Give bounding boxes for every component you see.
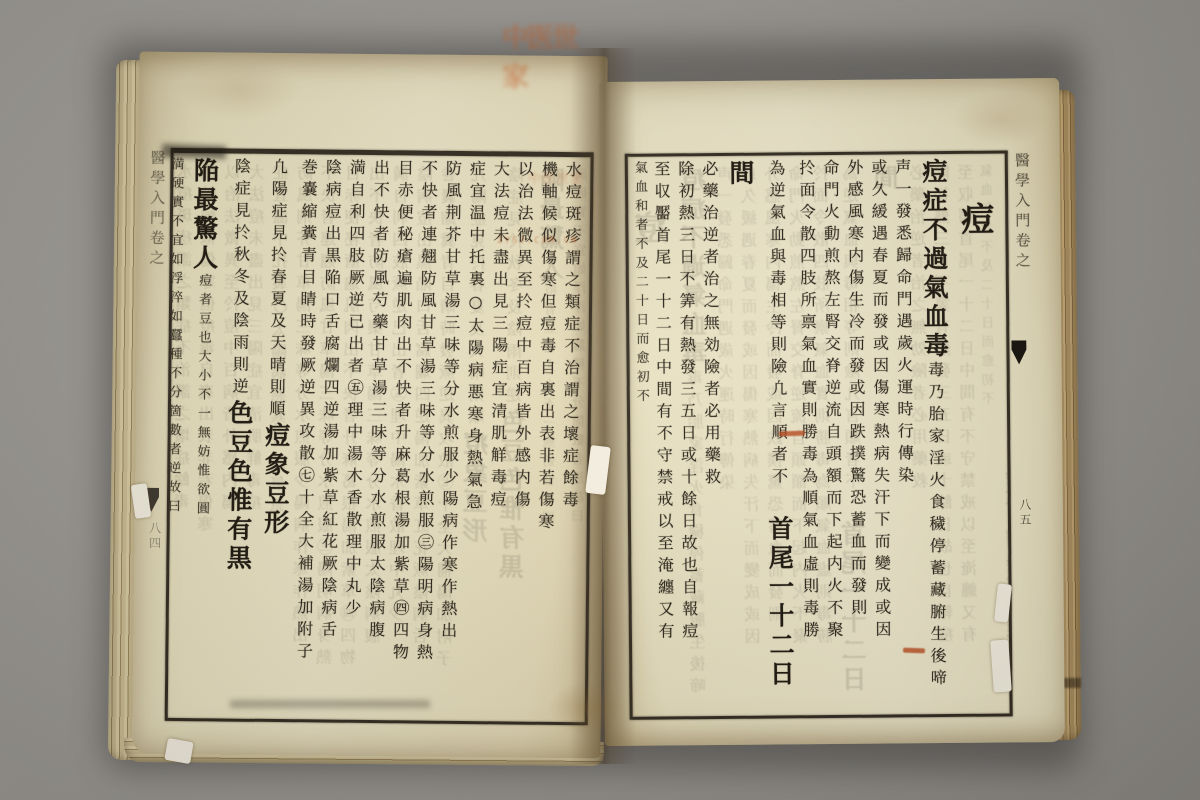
- text-column: 痘: [952, 158, 1004, 710]
- text-segment: 除初熱三日不筭有熱發三五日或十餘日故也自報痘: [676, 160, 699, 644]
- text-segment: 巻嚢縮糞青目睛時發厥逆異攻散㊆十全大補湯加附子: [294, 158, 318, 664]
- text-segment: 陰病痘出黒陥口舌腐爛四逆湯加紫草紅花厥陰病舌: [319, 159, 343, 643]
- text-column: 扵面令散四肢所禀氣血實則勝毒為順氣血虛則毒勝: [795, 159, 823, 711]
- text-column: 水痘斑疹謂之類症不治謂之壞症餘毒: [556, 161, 585, 718]
- text-column: 命門火動煎熬左腎交脊逆流自頭額而下起内火不聚: [819, 159, 847, 711]
- text-segment: 痘: [956, 202, 995, 241]
- text-column: 或久緩遇春夏而發或因傷寒熱病失汗下而變成或因: [867, 158, 895, 710]
- text-segment: 外感風寒内傷生冷而發或因跌撲驚恐蓄血而發則: [845, 159, 868, 621]
- book-photograph: 水痘斑疹謂之類症不治謂之壞症餘毒機軸候似傷寒但痘毒自裏出表非若傷寒以治法微異至扵…: [0, 0, 1200, 800]
- text-segment: 声一發悉歸命門遇歲火運時行傳染: [893, 158, 915, 488]
- text-segment: 氣血和者不及二十日而愈初不: [632, 161, 649, 408]
- left-running-title: 醫學入門卷之: [147, 150, 166, 270]
- right-running-title: 醫學入門卷之: [1013, 152, 1032, 272]
- text-segment: 陥最驚人: [189, 157, 219, 273]
- right-page-number: 八五: [1017, 498, 1034, 528]
- text-segment: 不快者連翹防風甘草湯三味等分水煎服㊂陽明病身熱: [414, 160, 438, 666]
- left-page-margin: 醫學入門卷之: [139, 150, 169, 690]
- text-segment: 防風荆芥甘草湯三味等分水煎服少陽病作寒作熱出: [439, 160, 463, 644]
- text-column: 痘症不過氣血毒毒乃胎家淫火食穢停蓄藏腑生後啼: [915, 158, 956, 710]
- text-segment: 痘者豆也大小不一無妨惟欲圓: [194, 273, 212, 520]
- text-segment: 為逆氣血與毒相等則險凢言順者不: [767, 159, 789, 489]
- text-segment: 水痘斑疹謂之類症不治謂之壞症餘毒: [560, 161, 583, 513]
- right-page-text: 痘痘症不過氣血毒毒乃胎家淫火食穢停蓄藏腑生後啼声一發悉歸命門遇歲火運時行傳染或久…: [633, 158, 1005, 713]
- text-segment: 痘症不過氣血毒: [919, 158, 950, 361]
- text-column: 声一發悉歸命門遇歲火運時行傳染: [891, 158, 919, 710]
- left-page-frame: 水痘斑疹謂之類症不治謂之壞症餘毒機軸候似傷寒但痘毒自裏出表非若傷寒以治法微異至扵…: [165, 148, 594, 725]
- text-segment: 症宜温中托裏○太陽病悪寒身熱氣急: [464, 160, 487, 515]
- text-column: 必藥治逆者治之無効險者必用藥救: [698, 160, 726, 712]
- text-column: 凢陽症見扵春夏及天晴則順痘象豆形: [255, 158, 297, 715]
- text-column: 至収靨首尾一十二日中間有不守禁戒以至淹纏又有: [650, 160, 678, 712]
- text-segment: 陰症見扵秋冬及陰雨則逆: [230, 158, 252, 400]
- text-column: 除初熱三日不筭有熱發三五日或十餘日故也自報痘: [674, 160, 702, 712]
- text-column: 外感風寒内傷生冷而發或因跌撲驚恐蓄血而發則: [843, 159, 871, 711]
- text-segment: 大法痘未盡出見三陽症宜清肌觧毒痘: [488, 160, 511, 512]
- left-page-text: 水痘斑疹謂之類症不治謂之壞症餘毒機軸候似傷寒但痘毒自裏出表非若傷寒以治法微異至扵…: [173, 157, 586, 718]
- right-page-frame: 痘痘症不過氣血毒毒乃胎家淫火食穢停蓄藏腑生後啼声一發悉歸命門遇歲火運時行傳染或久…: [625, 150, 1013, 719]
- right-page-margin: 醫學入門卷之: [1007, 152, 1038, 692]
- text-segment: 目赤便秘瘡遍肌肉出不快者升麻葛根湯加紫草㊃四物: [390, 159, 414, 665]
- left-page: 水痘斑疹謂之類症不治謂之壞症餘毒機軸候似傷寒但痘毒自裏出表非若傷寒以治法微異至扵…: [132, 52, 607, 759]
- text-segment: 出不快者防風芍藥甘草湯三味等分水煎服太陰病腹: [367, 159, 391, 643]
- left-page-number: 八四: [146, 522, 163, 552]
- right-page: 痘痘症不過氣血毒毒乃胎家淫火食穢停蓄藏腑生後啼声一發悉歸命門遇歲火運時行傳染或久…: [599, 78, 1065, 746]
- text-column: 陰症見扵秋冬及陰雨則逆色豆色惟有黒: [218, 157, 260, 714]
- text-segment: 命門火動煎熬左腎交脊逆流自頭額而下起内火不聚: [821, 159, 844, 643]
- text-segment: 或久緩遇春夏而發或因傷寒熱病失汗下而變成或因: [869, 159, 892, 643]
- text-segment: 痘象豆形: [261, 422, 291, 538]
- text-segment: 凢陽症見扵春夏及天晴則順: [267, 158, 289, 422]
- text-segment: 機軸候似傷寒但痘毒自裏出表非若傷寒: [536, 161, 559, 535]
- text-segment: 毒乃胎家淫火食穢停蓄藏腑生後啼: [926, 361, 948, 691]
- text-segment: 症有初症并雜症陰: [625, 467, 631, 699]
- text-segment: 満自利四肢厥逆已出者㊄理中湯木香散理中丸少: [343, 159, 367, 621]
- text-segment: 必藥治逆者治之無効險者必用藥救: [700, 160, 722, 490]
- text-segment: 以治法微異至扵痘中百病皆外感内傷: [512, 161, 535, 513]
- text-segment: 至収靨首尾一十二日中間有不守禁戒以至淹纏又有: [652, 160, 675, 644]
- text-segment: 扵面令散四肢所禀氣血實則勝毒為順氣血虛則毒勝: [797, 159, 820, 643]
- text-column: 陥最驚人痘者豆也大小不一無妨惟欲圓: [181, 157, 223, 714]
- text-column: 為逆氣血與毒相等則險凢言順者不首尾一十二日間: [722, 159, 799, 712]
- text-segment: 色豆色惟有黒: [223, 399, 254, 573]
